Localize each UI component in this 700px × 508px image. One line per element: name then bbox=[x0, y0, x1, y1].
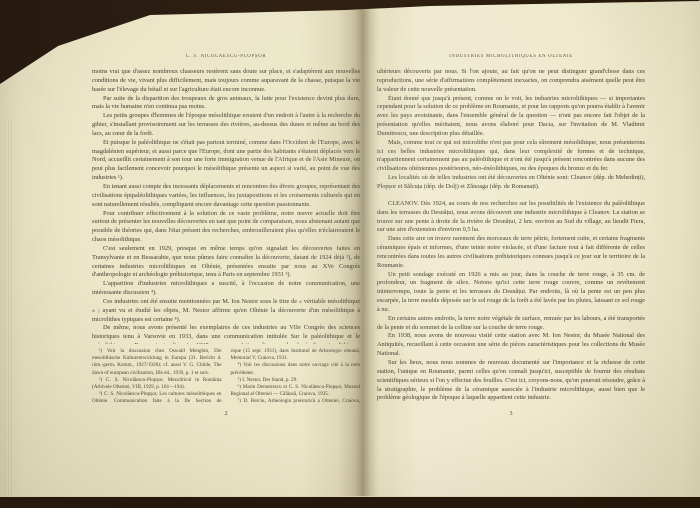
footnote: ⁵) I. Nestor, Der Stand, p. 29. bbox=[231, 377, 361, 384]
paragraph: Sur les lieux, nous nous sommes de nouve… bbox=[377, 359, 645, 402]
paragraph: Et puisque le paléolithique ne s'était p… bbox=[92, 139, 360, 183]
paragraph: Étant donné que jusqu'à présent, comme o… bbox=[377, 95, 645, 139]
table-background: C. S. NICOLĂESCU-PLOPȘOR moins vrai que … bbox=[0, 0, 700, 508]
footnote-column-2: rique (15 sept. 1931), dans Institutul d… bbox=[231, 348, 361, 406]
right-page-number: 3 bbox=[377, 410, 645, 417]
footnote: ⁶) Marin Demetrescu et C. S. Nicolăescu-… bbox=[231, 384, 361, 398]
left-running-head: C. S. NICOLĂESCU-PLOPȘOR bbox=[92, 54, 360, 59]
footnote: ²) C. S. Nicolăescu-Plopșor, Mezoliticul… bbox=[92, 377, 222, 391]
paragraph: moins vrai que d'assez nombreux chasseur… bbox=[92, 68, 360, 95]
paragraph: Par suite de la disparition des troupeau… bbox=[92, 95, 360, 113]
paragraph: Les localités où de telles industries on… bbox=[377, 174, 645, 192]
page-block-bottom-edge bbox=[0, 496, 700, 508]
right-running-head: INDUSTRIES MICROLITHIQUES EN OLTÉNIE bbox=[377, 54, 645, 59]
paragraph: Un petit sondage exécuté en 1926 a mis a… bbox=[377, 271, 645, 315]
paragraph: L'apparition d'industries microlithiques… bbox=[92, 280, 360, 298]
paragraph: De même, nous avons présenté les exempla… bbox=[92, 324, 360, 344]
paragraph: ultérieurs découverts par nous. Si l'on … bbox=[377, 68, 645, 95]
paragraph: C'est seulement en 1929, presque en même… bbox=[92, 245, 360, 280]
left-page-number: 2 bbox=[92, 410, 360, 417]
left-page-footnotes: ¹) Voir la discussion chez Oswald Menghi… bbox=[92, 348, 360, 406]
left-page-body: moins vrai que d'assez nombreux chasseur… bbox=[92, 68, 360, 344]
open-book: C. S. NICOLĂESCU-PLOPȘOR moins vrai que … bbox=[0, 0, 700, 508]
footnote: ¹) Voir la discussion chez Oswald Menghi… bbox=[92, 348, 222, 377]
paragraph: En certains autres endroits, la terre no… bbox=[377, 315, 645, 333]
footnote-column-1: ¹) Voir la discussion chez Oswald Menghi… bbox=[92, 348, 222, 406]
footnote: ⁴) Voir les discussions dans notre ouvra… bbox=[231, 362, 361, 376]
paragraph: Ces industries ont été ensuite mentionné… bbox=[92, 298, 360, 325]
footnote: rique (15 sept. 1931), dans Institutul d… bbox=[231, 348, 361, 362]
paragraph: Dans cette aire on trouve rarement des m… bbox=[377, 235, 645, 270]
paragraph: En tenant aussi compte des incessants dé… bbox=[92, 183, 360, 210]
footnote: ³) C. S. Nicolăescu-Plopșor, Les culture… bbox=[92, 391, 222, 406]
paragraph: Pour contribuer effectivement à la solut… bbox=[92, 210, 360, 245]
right-page-body: ultérieurs découverts par nous. Si l'on … bbox=[377, 68, 645, 402]
paragraph: En 1938, nous avons de nouveau visité ce… bbox=[377, 332, 645, 359]
paragraph-cleanov: CLEANOV. Dès 1924, au cours de nos reche… bbox=[377, 200, 645, 235]
footnote: ⁷) D. Berciu, Arheologia preistorică a O… bbox=[231, 398, 361, 406]
paragraph: Les petits groupes d'hommes de l'époque … bbox=[92, 112, 360, 139]
paragraph: Mais, comme tout ce qui est microlithe n… bbox=[377, 139, 645, 174]
